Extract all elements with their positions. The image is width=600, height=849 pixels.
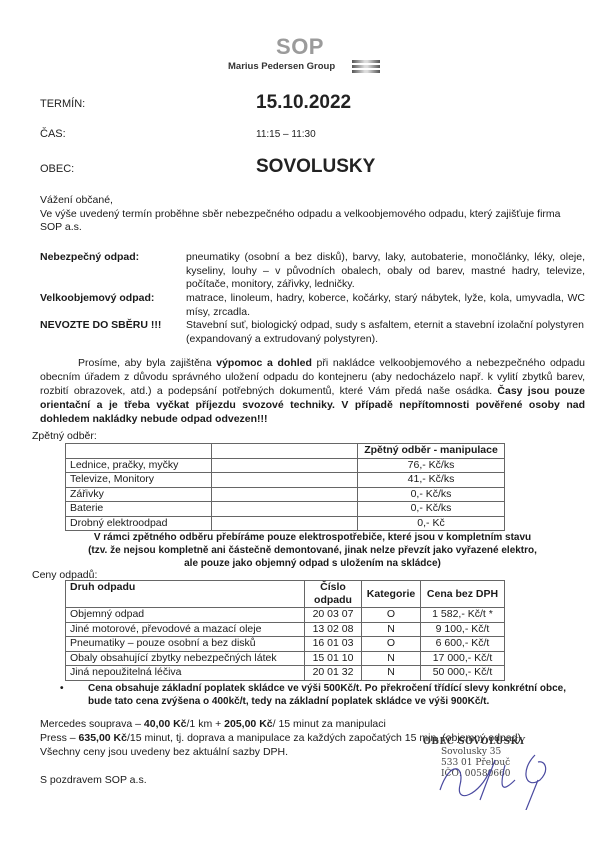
item-cell: Baterie (66, 502, 212, 517)
price-cell: 41,- Kč/ks (358, 473, 505, 488)
notice-bold: výpomoc a dohled (216, 357, 312, 369)
transport-text: /1 km + (187, 718, 225, 730)
transport-text: Press – (40, 732, 79, 744)
intro: Vážení občané, Ve výše uvedený termín pr… (40, 194, 585, 235)
item-cell: Drobný elektroodpad (66, 516, 212, 531)
price-cell: 0,- Kč/ks (358, 487, 505, 502)
name-cell: Jiná nepoužitelná léčiva (66, 666, 305, 681)
termin-value: 15.10.2022 (256, 92, 351, 114)
table-row: Drobný elektroodpad0,- Kč (66, 516, 505, 531)
takeback-note-line: (tzv. že nejsou kompletně ani částečně d… (40, 544, 585, 570)
bullet-icon: • (60, 682, 64, 695)
item-cell: Televize, Monitory (66, 473, 212, 488)
table-row: Jiné motorové, převodové a mazací oleje1… (66, 622, 505, 637)
price-cell: 76,- Kč/ks (358, 458, 505, 473)
category-label: Nebezpečný odpad: (40, 251, 180, 265)
code-cell: 16 01 03 (305, 637, 362, 652)
intro-text: Ve výše uvedený termín proběhne sběr neb… (40, 208, 585, 235)
prices-table: Druh odpadu Číslo odpadu Kategorie Cena … (65, 580, 505, 681)
name-cell: Pneumatiky – pouze osobní a bez disků (66, 637, 305, 652)
sop-logo: SOP (0, 34, 600, 60)
group-name: Marius Pedersen Group (228, 61, 335, 72)
table-row: Jiná nepoužitelná léčiva20 01 32N50 000,… (66, 666, 505, 681)
column-header: Cena bez DPH (421, 581, 505, 608)
transport-price: 40,00 Kč (144, 718, 187, 730)
table-row: Baterie0,- Kč/ks (66, 502, 505, 517)
transport-text: / 15 minut za manipulaci (273, 718, 386, 730)
category-text: pneumatiky (osobní a bez disků), barvy, … (186, 251, 585, 292)
greeting: Vážení občané, (40, 194, 585, 208)
name-cell: Obaly obsahující zbytky nebezpečných lát… (66, 651, 305, 666)
transport-price: 205,00 Kč (224, 718, 272, 730)
item-cell: Zářivky (66, 487, 212, 502)
group-logo-icon (352, 60, 380, 74)
takeback-note: V rámci zpětného odběru přebíráme pouze … (40, 531, 585, 570)
footnote-text: Cena obsahuje základní poplatek skládce … (88, 682, 580, 708)
table-row: Pneumatiky – pouze osobní a bez disků16 … (66, 637, 505, 652)
takeback-note-line: V rámci zpětného odběru přebíráme pouze … (40, 531, 585, 544)
table-row: Televize, Monitory41,- Kč/ks (66, 473, 505, 488)
column-header: Číslo odpadu (305, 581, 362, 608)
takeback-title: Zpětný odběr: (32, 430, 97, 442)
category-text: Stavební suť, biologický odpad, sudy s a… (186, 319, 585, 346)
code-cell: 20 03 07 (305, 608, 362, 623)
category-cell: N (362, 651, 421, 666)
category-cell: O (362, 637, 421, 652)
category-label: NEVOZTE DO SBĚRU !!! (40, 319, 180, 333)
category-cell: N (362, 622, 421, 637)
column-header: Druh odpadu (66, 581, 305, 608)
code-cell: 20 01 32 (305, 666, 362, 681)
notice-text: Prosíme, aby byla zajištěna (78, 357, 216, 369)
category-label: Velkoobjemový odpad: (40, 292, 180, 306)
name-cell: Jiné motorové, převodové a mazací oleje (66, 622, 305, 637)
price-cell: 0,- Kč (358, 516, 505, 531)
category-hazardous: Nebezpečný odpad: pneumatiky (osobní a b… (40, 251, 585, 292)
item-cell: Lednice, pračky, myčky (66, 458, 212, 473)
price-cell: 9 100,- Kč/t (421, 622, 505, 637)
obec-label: OBEC: (40, 163, 74, 175)
cas-label: ČAS: (40, 128, 66, 140)
termin-label: TERMÍN: (40, 98, 85, 110)
transport-text: Mercedes souprava – (40, 718, 144, 730)
table-row: Zářivky0,- Kč/ks (66, 487, 505, 502)
category-bulky: Velkoobjemový odpad: matrace, linoleum, … (40, 292, 585, 319)
category-text: matrace, linoleum, hadry, koberce, kočár… (186, 292, 585, 319)
table-header-row: Zpětný odběr - manipulace (66, 444, 505, 459)
table-row: Lednice, pračky, myčky76,- Kč/ks (66, 458, 505, 473)
price-footnote: • Cena obsahuje základní poplatek skládc… (60, 682, 580, 708)
code-cell: 15 01 10 (305, 651, 362, 666)
name-cell: Objemný odpad (66, 608, 305, 623)
table-row: Objemný odpad20 03 07O1 582,- Kč/t * (66, 608, 505, 623)
price-cell: 6 600,- Kč/t (421, 637, 505, 652)
price-cell: 1 582,- Kč/t * (421, 608, 505, 623)
price-cell: 17 000,- Kč/t (421, 651, 505, 666)
price-cell: 0,- Kč/ks (358, 502, 505, 517)
category-cell: N (362, 666, 421, 681)
transport-price: 635,00 Kč (79, 732, 127, 744)
price-cell: 50 000,- Kč/t (421, 666, 505, 681)
obec-value: SOVOLUSKY (256, 156, 375, 178)
category-cell: O (362, 608, 421, 623)
table-header-row: Druh odpadu Číslo odpadu Kategorie Cena … (66, 581, 505, 608)
column-header: Kategorie (362, 581, 421, 608)
notice-paragraph: Prosíme, aby byla zajištěna výpomoc a do… (40, 356, 585, 426)
column-header: Zpětný odběr - manipulace (358, 444, 505, 459)
takeback-table: Zpětný odběr - manipulace Lednice, pračk… (65, 443, 505, 531)
signature-icon (420, 740, 580, 810)
category-forbidden: NEVOZTE DO SBĚRU !!! Stavební suť, biolo… (40, 319, 585, 346)
table-row: Obaly obsahující zbytky nebezpečných lát… (66, 651, 505, 666)
transport-mercedes: Mercedes souprava – 40,00 Kč/1 km + 205,… (40, 717, 585, 731)
code-cell: 13 02 08 (305, 622, 362, 637)
cas-value: 11:15 – 11:30 (256, 129, 316, 140)
